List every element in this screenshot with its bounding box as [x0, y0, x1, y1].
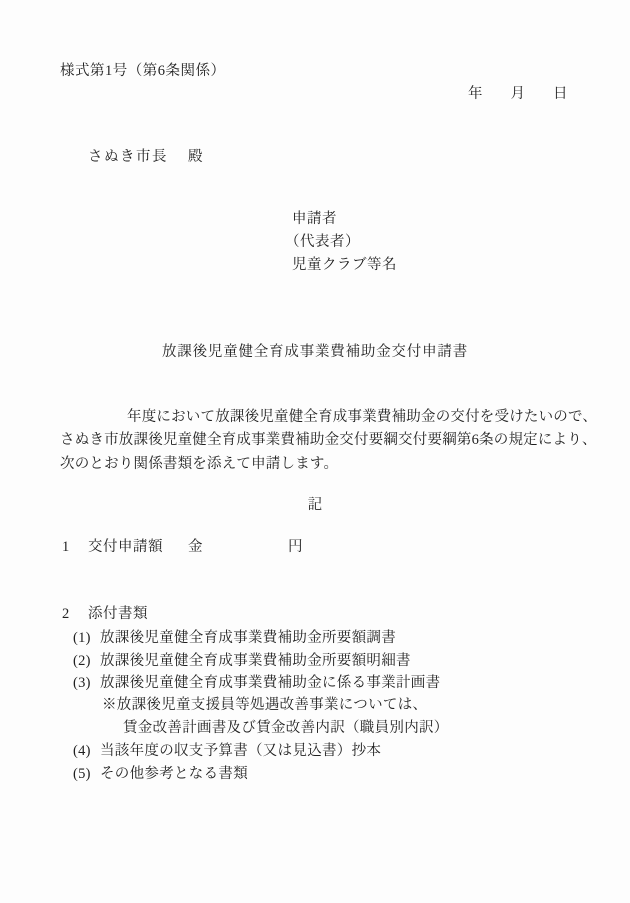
attachment-item-3: (3)放課後児童健全育成事業費補助金に係る事業計画書: [73, 675, 440, 692]
year-label: 年: [468, 86, 483, 103]
attachment-item-3-number: (3): [73, 675, 100, 692]
document-title: 放課後児童健全育成事業費補助金交付申請書: [0, 344, 630, 361]
item1-number: 1: [62, 539, 69, 556]
representative-label: （代表者）: [285, 234, 397, 257]
day-label: 日: [553, 86, 568, 103]
attachment-item-1-number: (1): [73, 630, 100, 647]
addressee-name: さぬき市長: [88, 149, 168, 165]
item1-label: 交付申請額: [88, 539, 163, 556]
attachments-heading: 2 添付書類: [0, 606, 630, 624]
addressee-honorific: 殿: [188, 149, 204, 165]
addressee-line: さぬき市長殿: [88, 149, 204, 166]
attachment-item-2-text: 放課後児童健全育成事業費補助金所要額明細書: [100, 653, 411, 669]
attachment-item-1: (1)放課後児童健全育成事業費補助金所要額調書: [73, 630, 396, 647]
body-paragraph-line-3: 次のとおり関係書類を添えて申請します。: [60, 456, 338, 473]
month-label: 月: [511, 86, 526, 103]
attachment-item-4: (4)当該年度の収支予算書（又は見込書）抄本: [73, 743, 381, 760]
item2-label: 添付書類: [88, 606, 148, 623]
form-number: 様式第1号（第6条関係）: [60, 63, 226, 80]
body-paragraph-line-1: 年度において放課後児童健全育成事業費補助金の交付を受けたいので、: [60, 409, 597, 426]
attachment-item-2-number: (2): [73, 653, 100, 670]
attachment-item-5-text: その他参考となる書類: [100, 766, 248, 782]
item2-number: 2: [62, 606, 69, 623]
attachment-item-1-text: 放課後児童健全育成事業費補助金所要額調書: [100, 630, 396, 646]
currency-prefix: 金: [188, 539, 203, 556]
attachment-item-3-text: 放課後児童健全育成事業費補助金に係る事業計画書: [100, 675, 440, 691]
applicant-label: 申請者: [285, 211, 397, 234]
application-form-page: 様式第1号（第6条関係） 年 月 日 さぬき市長殿 申請者 （代表者） 児童クラ…: [0, 0, 630, 903]
attachment-item-3-note-line-2: 賃金改善計画書及び賃金改善内訳（職員別内訳）: [123, 720, 449, 737]
applicant-block: 申請者 （代表者） 児童クラブ等名: [285, 211, 397, 280]
attachment-item-5-number: (5): [73, 766, 100, 783]
body-paragraph-line-2: さぬき市放課後児童健全育成事業費補助金交付要綱交付要綱第6条の規定により、: [60, 432, 597, 449]
application-amount-line: 1 交付申請額 金 円: [0, 539, 630, 557]
currency-suffix: 円: [288, 539, 303, 556]
attachment-item-3-note-line-1: ※放課後児童支援員等処遇改善事業については、: [102, 697, 427, 714]
attachment-item-5: (5)その他参考となる書類: [73, 766, 248, 783]
attachment-item-4-text: 当該年度の収支予算書（又は見込書）抄本: [100, 743, 381, 759]
ki-heading: 記: [0, 497, 630, 514]
attachment-item-2: (2)放課後児童健全育成事業費補助金所要額明細書: [73, 653, 411, 670]
club-name-label: 児童クラブ等名: [285, 257, 397, 280]
attachment-item-4-number: (4): [73, 743, 100, 760]
date-line: 年 月 日: [468, 86, 568, 103]
